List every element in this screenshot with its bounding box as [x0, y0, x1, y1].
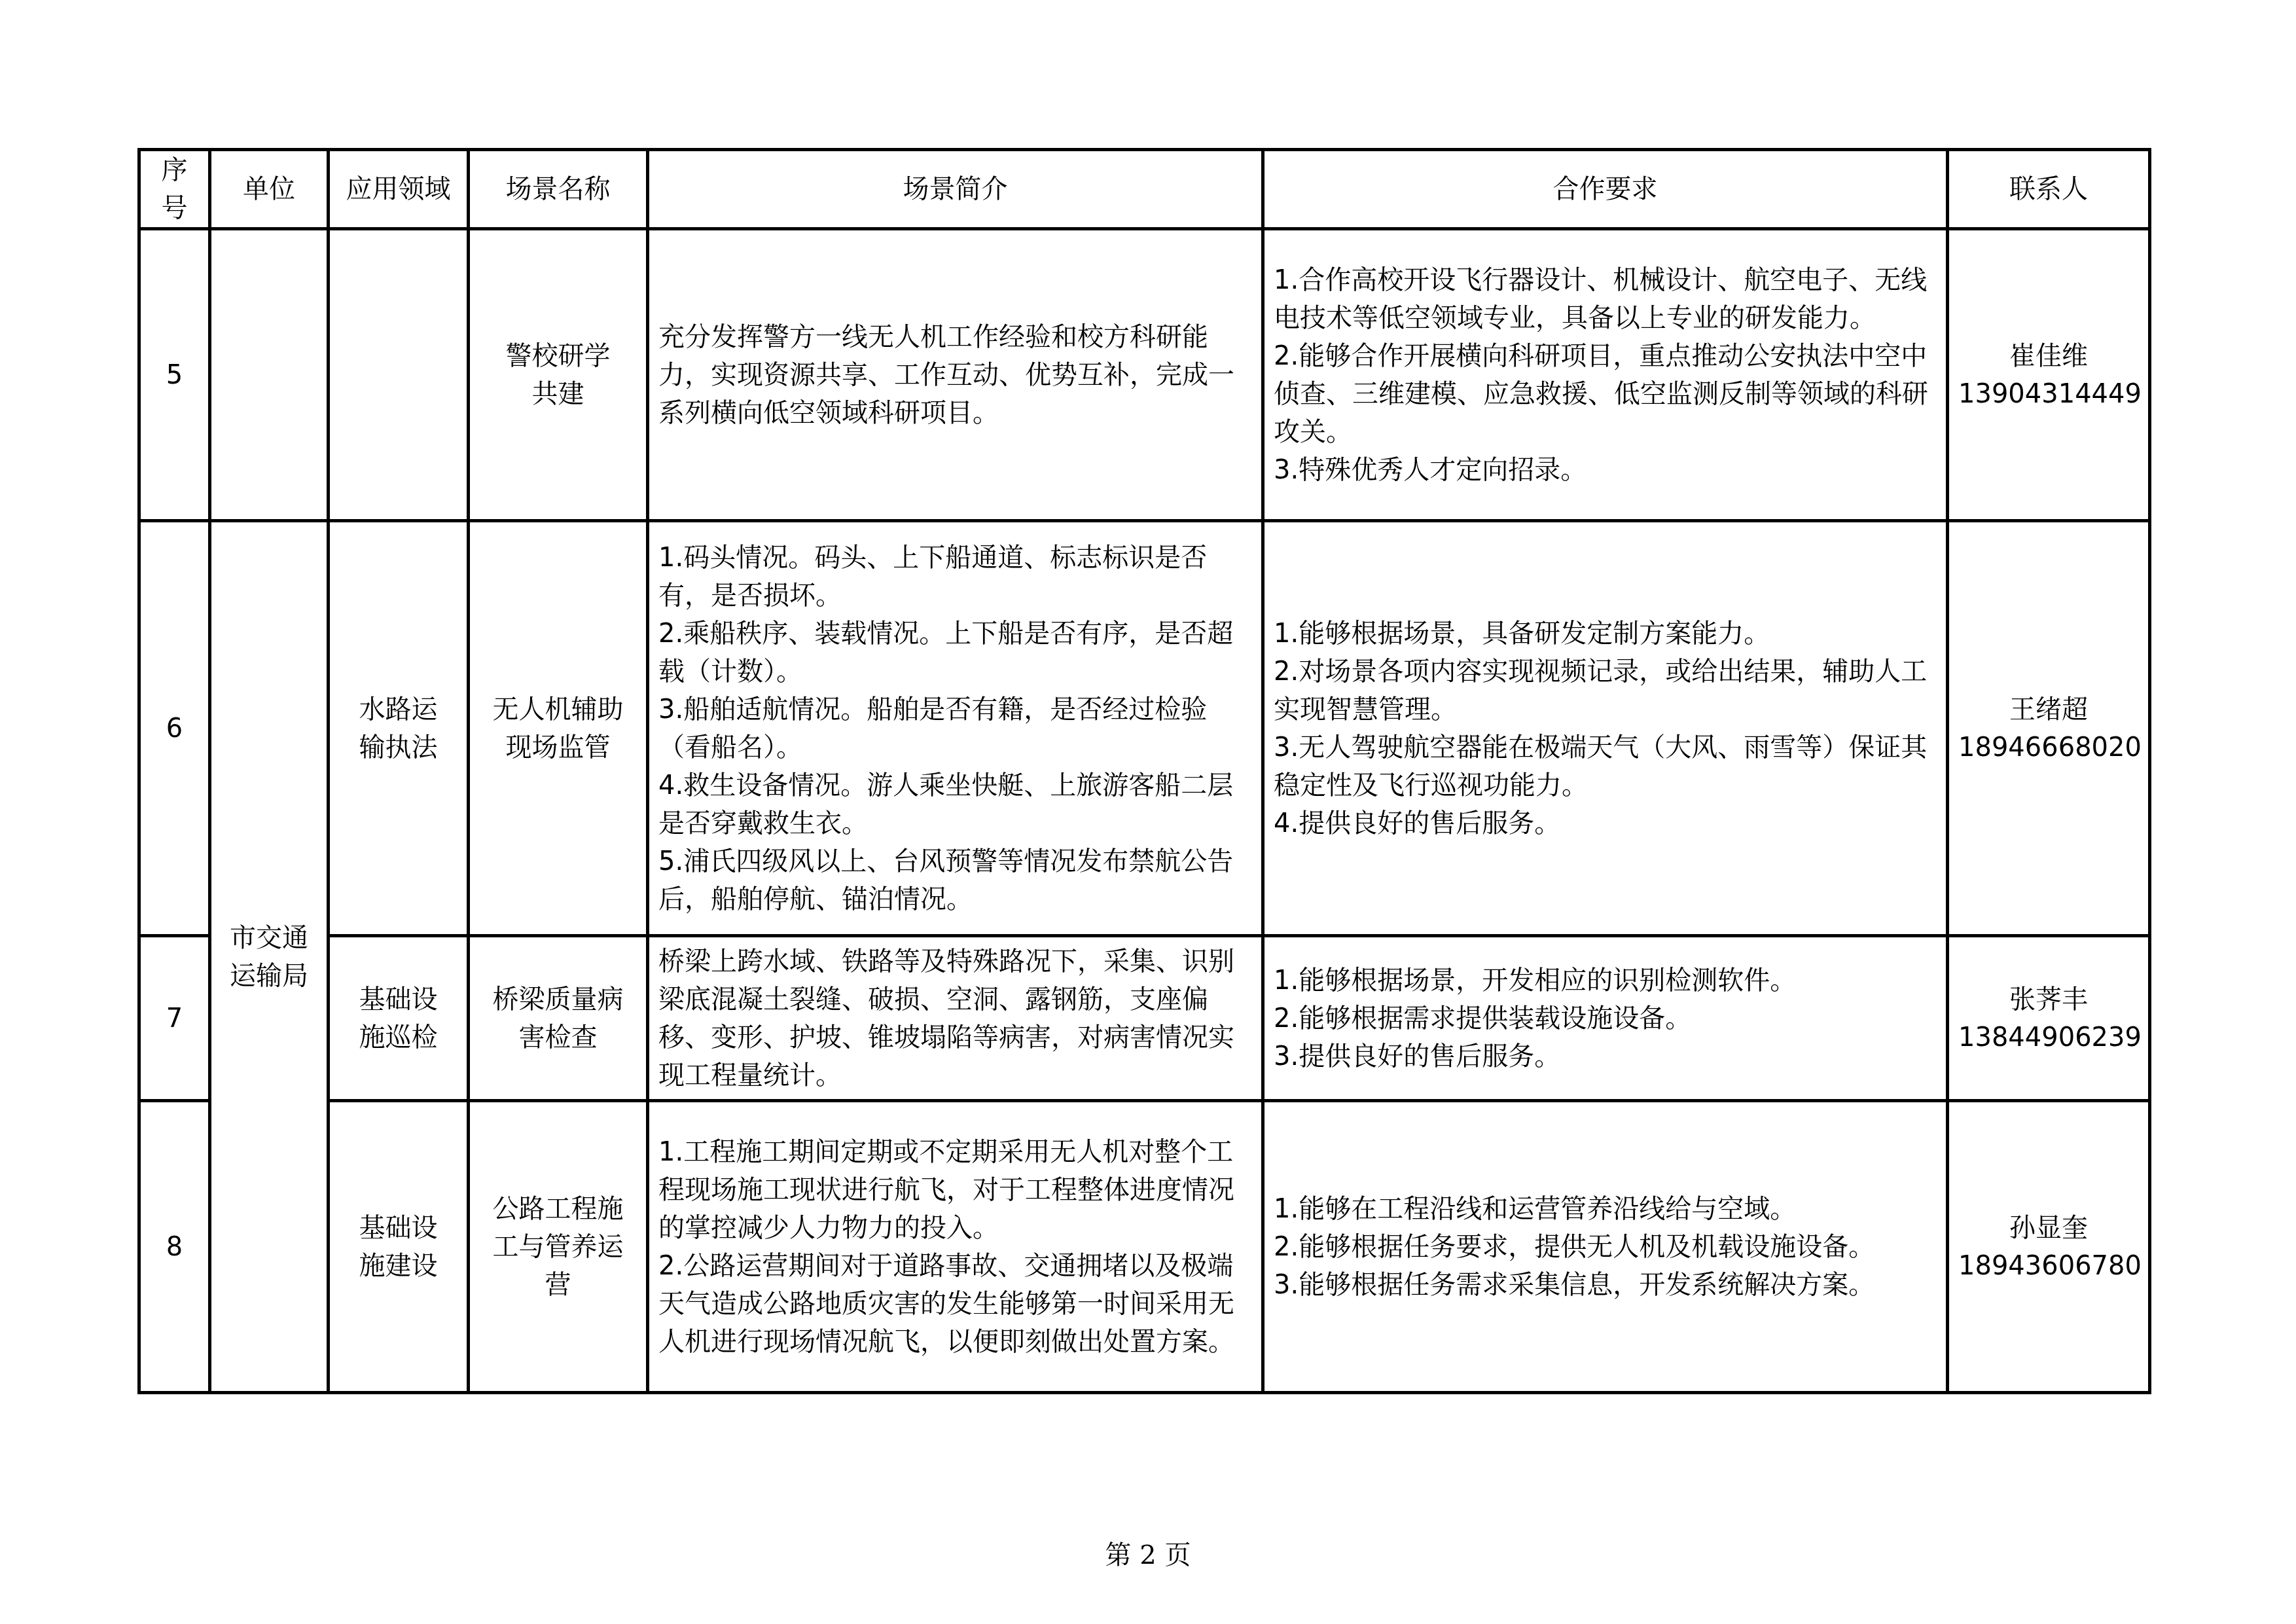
- table-row: 8 基础设 施建设 公路工程施 工与管养运 营 1.工程施工期间定期或不定期采用…: [139, 1101, 2150, 1393]
- header-field: 应用领域: [329, 150, 469, 229]
- cell-scene-intro: 1.工程施工期间定期或不定期采用无人机对整个工程现场施工现状进行航飞，对于工程整…: [648, 1101, 1263, 1393]
- cell-cooperation: 1.能够根据场景，具备研发定制方案能力。 2.对场景各项内容实现视频记录，或给出…: [1263, 521, 1948, 936]
- header-scene-intro: 场景简介: [648, 150, 1263, 229]
- table-row: 6 市交通 运输局 水路运 输执法 无人机辅助 现场监管 1.码头情况。码头、上…: [139, 521, 2150, 936]
- table-row: 5 警校研学 共建 充分发挥警方一线无人机工作经验和校方科研能力，实现资源共享、…: [139, 229, 2150, 521]
- contact-phone: 18946668020: [1958, 729, 2139, 767]
- cell-scene-intro: 1.码头情况。码头、上下船通道、标志标识是否有，是否损坏。 2.乘船秩序、装载情…: [648, 521, 1263, 936]
- contact-phone: 18943606780: [1958, 1247, 2139, 1285]
- cell-seq: 7: [139, 936, 210, 1101]
- cell-field: 基础设 施建设: [329, 1101, 469, 1393]
- table-row: 7 基础设 施巡检 桥梁质量病 害检查 桥梁上跨水域、铁路等及特殊路况下，采集、…: [139, 936, 2150, 1101]
- cell-unit: [210, 229, 329, 521]
- cell-cooperation: 1.合作高校开设飞行器设计、机械设计、航空电子、无线电技术等低空领域专业，具备以…: [1263, 229, 1948, 521]
- page-number: 第 2 页: [0, 1534, 2296, 1572]
- table-header-row: 序 号 单位 应用领域 场景名称 场景简介 合作要求 联系人: [139, 150, 2150, 229]
- header-cooperation: 合作要求: [1263, 150, 1948, 229]
- contact-name: 崔佳维: [1958, 337, 2139, 375]
- contact-phone: 13904314449: [1958, 375, 2139, 413]
- cell-cooperation: 1.能够在工程沿线和运营管养沿线给与空域。 2.能够根据任务要求，提供无人机及机…: [1263, 1101, 1948, 1393]
- header-scene-name: 场景名称: [469, 150, 648, 229]
- cell-contact: 张荠丰 13844906239: [1948, 936, 2150, 1101]
- cell-scene-name: 公路工程施 工与管养运 营: [469, 1101, 648, 1393]
- cell-contact: 崔佳维 13904314449: [1948, 229, 2150, 521]
- header-seq: 序 号: [139, 150, 210, 229]
- cell-scene-name: 警校研学 共建: [469, 229, 648, 521]
- header-contact: 联系人: [1948, 150, 2150, 229]
- cell-scene-name: 桥梁质量病 害检查: [469, 936, 648, 1101]
- cell-seq: 6: [139, 521, 210, 936]
- cell-contact: 王绪超 18946668020: [1948, 521, 2150, 936]
- cell-scene-intro: 桥梁上跨水域、铁路等及特殊路况下，采集、识别梁底混凝土裂缝、破损、空洞、露钢筋，…: [648, 936, 1263, 1101]
- cell-cooperation: 1.能够根据场景，开发相应的识别检测软件。 2.能够根据需求提供装载设施设备。 …: [1263, 936, 1948, 1101]
- scene-table: 序 号 单位 应用领域 场景名称 场景简介 合作要求 联系人 5 警校研学 共建…: [137, 148, 2151, 1394]
- cell-field: 水路运 输执法: [329, 521, 469, 936]
- contact-phone: 13844906239: [1958, 1019, 2139, 1056]
- cell-seq: 8: [139, 1101, 210, 1393]
- header-unit: 单位: [210, 150, 329, 229]
- cell-field: [329, 229, 469, 521]
- cell-scene-intro: 充分发挥警方一线无人机工作经验和校方科研能力，实现资源共享、工作互动、优势互补，…: [648, 229, 1263, 521]
- cell-seq: 5: [139, 229, 210, 521]
- cell-scene-name: 无人机辅助 现场监管: [469, 521, 648, 936]
- cell-contact: 孙显奎 18943606780: [1948, 1101, 2150, 1393]
- contact-name: 孙显奎: [1958, 1209, 2139, 1247]
- contact-name: 王绪超: [1958, 691, 2139, 729]
- contact-name: 张荠丰: [1958, 981, 2139, 1019]
- cell-unit-merged: 市交通 运输局: [210, 521, 329, 1393]
- cell-field: 基础设 施巡检: [329, 936, 469, 1101]
